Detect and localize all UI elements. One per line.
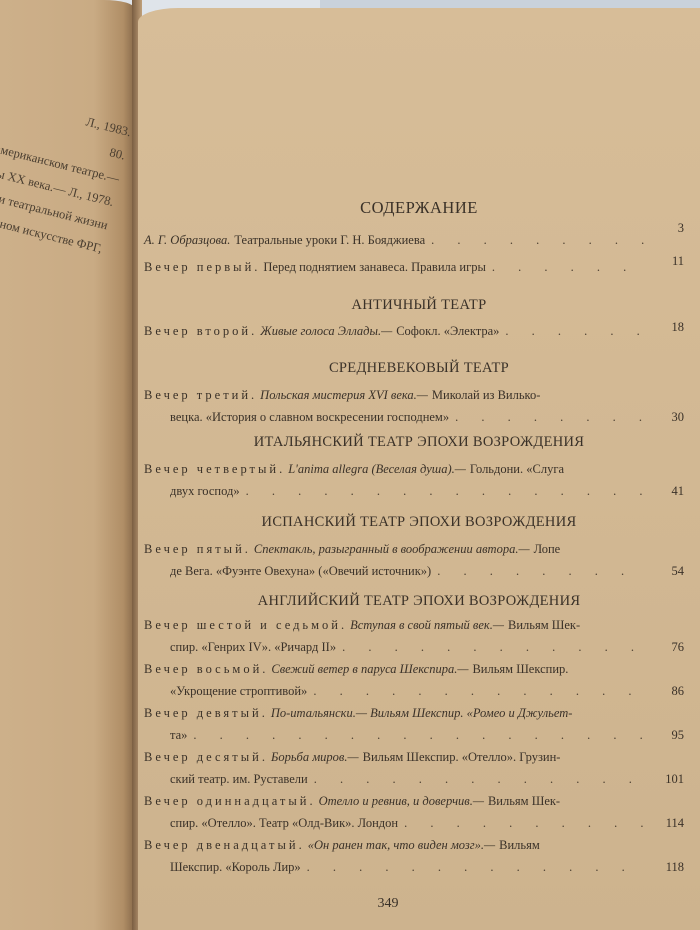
- toc-entry: Вечер третий. Польская мистерия XVI века…: [144, 384, 684, 428]
- entry-text: Театральные уроки Г. Н. Бояджиева: [234, 229, 425, 251]
- entry-label: Вечер восьмой.: [144, 658, 268, 680]
- section-heading: СРЕДНЕВЕКОВЫЙ ТЕАТР: [138, 360, 700, 377]
- entry-text: спир. «Генрих IV». «Ричард II»: [170, 636, 336, 658]
- entry-label: Вечер шестой и седьмой.: [144, 614, 347, 636]
- section-heading: ИСПАНСКИЙ ТЕАТР ЭПОХИ ВОЗРОЖДЕНИЯ: [138, 514, 700, 531]
- entry-text: Вильям: [499, 834, 540, 856]
- toc-entry: Вечер второй. Живые голоса Эллады.— Софо…: [144, 320, 684, 342]
- entry-title: Вступая в свой пятый век.—: [350, 614, 504, 636]
- toc-entry: Вечер девятый. По-итальянски.— Вильям Ше…: [144, 702, 684, 746]
- leader-dots: [455, 406, 646, 428]
- entry-text: Вильям Шек-: [508, 614, 580, 636]
- section-heading: АНГЛИЙСКИЙ ТЕАТР ЭПОХИ ВОЗРОЖДЕНИЯ: [138, 593, 700, 610]
- entry-title: «Он ранен так, что виден мозг».—: [308, 834, 495, 856]
- entry-page: 54: [654, 560, 684, 582]
- entry-label: Вечер второй.: [144, 320, 257, 342]
- entry-text: вецка. «История о славном воскресении го…: [170, 406, 449, 428]
- entry-page: 114: [654, 812, 684, 834]
- entry-text: Перед поднятием занавеса. Правила игры: [263, 256, 486, 278]
- leader-dots: [437, 560, 646, 582]
- toc-title: СОДЕРЖАНИЕ: [138, 198, 700, 218]
- toc-entry: Вечер четвертый. L'anima allegra (Весела…: [144, 458, 684, 502]
- leader-dots: [431, 229, 646, 251]
- entry-page: 118: [654, 856, 684, 878]
- leader-dots: [404, 812, 646, 834]
- toc-entry: Вечер пятый. Спектакль, разыгранный в во…: [144, 538, 684, 582]
- leader-dots: [342, 636, 646, 658]
- leader-dots: [492, 256, 646, 278]
- entry-title: Отелло и ревнив, и доверчив.—: [319, 790, 484, 812]
- entry-title: Свежий ветер в паруса Шекспира.—: [271, 658, 468, 680]
- entry-page: 11: [654, 250, 684, 272]
- entry-title: Борьба миров.—: [271, 746, 359, 768]
- entry-page: 95: [654, 724, 684, 746]
- leader-dots: [193, 724, 646, 746]
- leader-dots: [313, 680, 646, 702]
- entry-label: Вечер третий.: [144, 384, 257, 406]
- entry-text: Шекспир. «Король Лир»: [170, 856, 301, 878]
- entry-label: Вечер одиннадцатый.: [144, 790, 316, 812]
- entry-text: Вильям Шекспир. «Отелло». Грузин-: [363, 746, 561, 768]
- entry-text: Вильям Шекспир.: [472, 658, 568, 680]
- entry-page: 3: [654, 217, 684, 239]
- entry-text: Вильям Шек-: [488, 790, 560, 812]
- section-heading: АНТИЧНЫЙ ТЕАТР: [138, 297, 700, 314]
- entry-text: Миколай из Вилько-: [432, 384, 541, 406]
- toc-entry: Вечер двенадцатый. «Он ранен так, что ви…: [144, 834, 684, 878]
- entry-label: Вечер девятый.: [144, 702, 268, 724]
- leader-dots: [307, 856, 646, 878]
- entry-text: Лопе: [534, 538, 561, 560]
- entry-title: Живые голоса Эллады.—: [260, 320, 392, 342]
- left-page: Л., 1983. 80. об американском театре.— в…: [0, 0, 134, 930]
- entry-title: По-итальянски.— Вильям Шекспир. «Ромео и…: [271, 702, 573, 724]
- entry-page: 41: [654, 480, 684, 502]
- section-heading: ИТАЛЬЯНСКИЙ ТЕАТР ЭПОХИ ВОЗРОЖДЕНИЯ: [138, 434, 700, 451]
- entry-page: 101: [654, 768, 684, 790]
- toc-entry: Вечер десятый. Борьба миров.— Вильям Шек…: [144, 746, 684, 790]
- entry-title: Польская мистерия XVI века.—: [260, 384, 428, 406]
- entry-page: 76: [654, 636, 684, 658]
- entry-page: 30: [654, 406, 684, 428]
- toc-entry: Вечер шестой и седьмой. Вступая в свой п…: [144, 614, 684, 658]
- entry-label: Вечер пятый.: [144, 538, 251, 560]
- entry-label: Вечер четвертый.: [144, 458, 285, 480]
- right-page: СОДЕРЖАНИЕ А. Г. Образцова. Театральные …: [138, 8, 700, 930]
- entry-label: Вечер двенадцатый.: [144, 834, 305, 856]
- entry-text: Гольдони. «Слуга: [470, 458, 564, 480]
- entry-text: «Укрощение строптивой»: [170, 680, 307, 702]
- toc-entry: Вечер восьмой. Свежий ветер в паруса Шек…: [144, 658, 684, 702]
- entry-page: 86: [654, 680, 684, 702]
- entry-label: Вечер десятый.: [144, 746, 268, 768]
- leader-dots: [314, 768, 646, 790]
- entry-text: та»: [170, 724, 187, 746]
- entry-text: Софокл. «Электра»: [396, 320, 499, 342]
- toc-entry: Вечер первый. Перед поднятием занавеса. …: [144, 256, 684, 278]
- entry-page: 18: [654, 316, 684, 338]
- entry-text: де Вега. «Фуэнте Овехуна» («Овечий источ…: [170, 560, 431, 582]
- leader-dots: [246, 480, 646, 502]
- page-number: 349: [138, 896, 638, 912]
- entry-label: Вечер первый.: [144, 256, 260, 278]
- entry-text: спир. «Отелло». Театр «Олд-Вик». Лондон: [170, 812, 398, 834]
- left-page-text: Л., 1983. 80. об американском театре.— в…: [0, 70, 134, 261]
- entry-author: А. Г. Образцова.: [144, 229, 230, 251]
- toc-entry: А. Г. Образцова. Театральные уроки Г. Н.…: [144, 233, 684, 251]
- entry-title: Спектакль, разыгранный в воображении авт…: [254, 538, 530, 560]
- entry-text: ский театр. им. Руставели: [170, 768, 308, 790]
- toc-entry: Вечер одиннадцатый. Отелло и ревнив, и д…: [144, 790, 684, 834]
- leader-dots: [505, 320, 646, 342]
- entry-title: L'anima allegra (Веселая душа).—: [288, 458, 466, 480]
- entry-text: двух господ»: [170, 480, 240, 502]
